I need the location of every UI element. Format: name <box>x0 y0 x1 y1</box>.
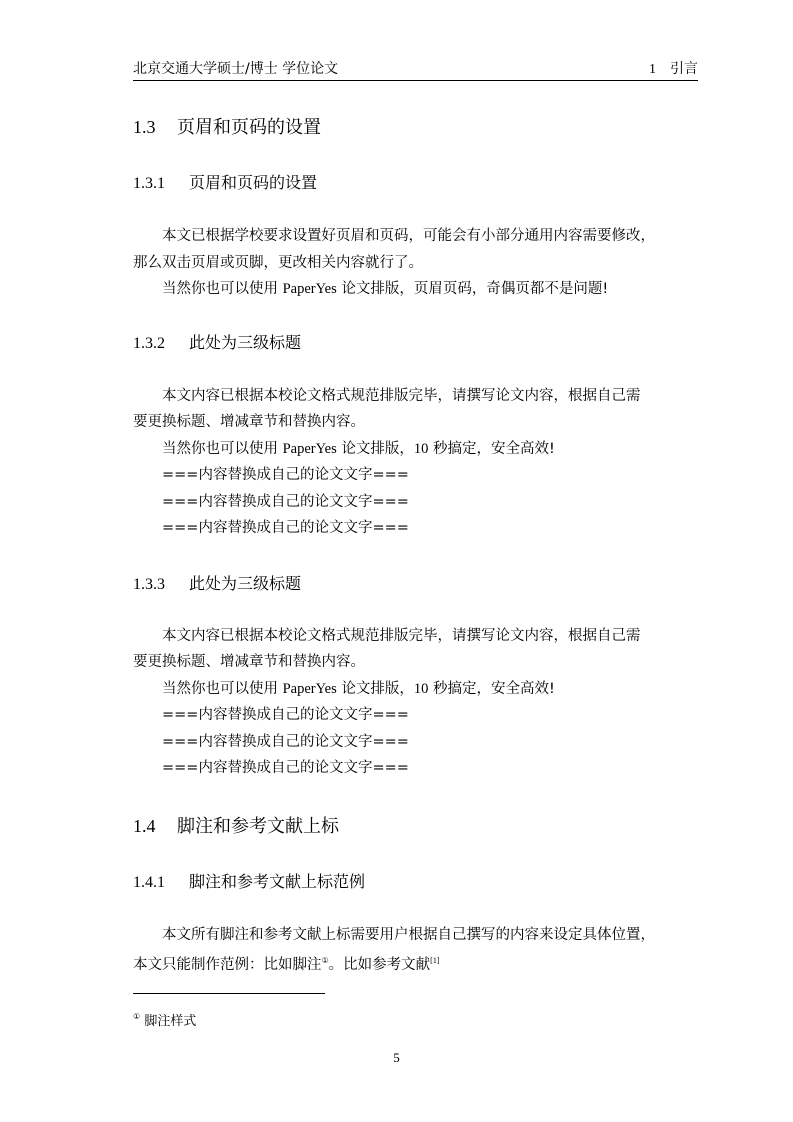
placeholder-line: ===内容替换成自己的论文文字=== <box>162 758 409 778</box>
header-chapter-title: 引言 <box>670 61 698 77</box>
heading-1-4: 1.4脚注和参考文献上标 <box>133 815 339 838</box>
footnote-text: 脚注样式 <box>144 1014 196 1029</box>
section-number: 1.3.1 <box>133 174 189 194</box>
paragraph-line: 本文所有脚注和参考文献上标需要用户根据自己撰写的内容来设定具体位置， <box>162 925 655 945</box>
footnote: ① 脚注样式 <box>133 1010 196 1029</box>
placeholder-line: ===内容替换成自己的论文文字=== <box>162 705 409 725</box>
paragraph-line: 本文内容已根据本校论文格式规范排版完毕，请撰写论文内容，根据自己需 <box>162 626 641 646</box>
heading-1-3-1: 1.3.1页眉和页码的设置 <box>133 173 317 194</box>
paragraph-line: 当然你也可以使用 PaperYes 论文排版，页眉页码，奇偶页都不是问题! <box>162 279 608 299</box>
page-number: 5 <box>0 1050 793 1066</box>
text: 论文排版， <box>337 441 414 457</box>
text: 。比如参考文献 <box>329 957 431 973</box>
paragraph-line: 本文只能制作范例：比如脚注①。比如参考文献[1] <box>133 951 440 975</box>
paragraph-line: 要更换标题、增减章节和替换内容。 <box>133 412 365 432</box>
page-header: 北京交通大学硕士/博士 学位论文 1引言 <box>133 60 698 81</box>
number: 10 <box>414 441 429 457</box>
paragraph-line: 本文内容已根据本校论文格式规范排版完毕，请撰写论文内容，根据自己需 <box>162 386 641 406</box>
section-title: 页眉和页码的设置 <box>177 117 321 138</box>
brand-name: PaperYes <box>283 681 337 697</box>
text: 论文排版，页眉页码，奇偶页都不是问题! <box>337 281 608 297</box>
section-number: 1.3 <box>133 116 177 138</box>
footnote-separator <box>133 993 325 994</box>
text: 秒搞定，安全高效! <box>428 441 554 457</box>
text: 当然你也可以使用 <box>162 281 283 297</box>
document-page: 北京交通大学硕士/博士 学位论文 1引言 1.3页眉和页码的设置 1.3.1页眉… <box>0 0 793 1122</box>
heading-1-3-3: 1.3.3此处为三级标题 <box>133 574 301 595</box>
section-number: 1.3.2 <box>133 334 189 354</box>
brand-name: PaperYes <box>283 441 337 457</box>
number: 10 <box>414 681 429 697</box>
placeholder-line: ===内容替换成自己的论文文字=== <box>162 518 409 538</box>
section-number: 1.4 <box>133 815 177 837</box>
section-number: 1.4.1 <box>133 873 189 893</box>
footnote-marker[interactable]: ① <box>322 956 329 965</box>
heading-1-4-1: 1.4.1脚注和参考文献上标范例 <box>133 872 365 893</box>
heading-1-3-2: 1.3.2此处为三级标题 <box>133 333 301 354</box>
header-chapter-number: 1 <box>649 62 656 77</box>
section-title: 脚注和参考文献上标范例 <box>189 872 365 891</box>
text: 论文排版， <box>337 681 414 697</box>
section-title: 脚注和参考文献上标 <box>177 816 339 837</box>
placeholder-line: ===内容替换成自己的论文文字=== <box>162 492 409 512</box>
header-thesis-title: 北京交通大学硕士/博士 学位论文 <box>133 60 338 78</box>
section-title: 此处为三级标题 <box>189 333 301 352</box>
text: 秒搞定，安全高效! <box>428 681 554 697</box>
section-title: 页眉和页码的设置 <box>189 173 317 192</box>
header-chapter: 1引言 <box>649 60 698 79</box>
paragraph-line: 要更换标题、增减章节和替换内容。 <box>133 652 365 672</box>
reference-marker[interactable]: [1] <box>430 956 439 965</box>
brand-name: PaperYes <box>283 281 337 297</box>
paragraph-line: 本文已根据学校要求设置好页眉和页码，可能会有小部分通用内容需要修改， <box>162 226 655 246</box>
footnote-mark: ① <box>133 1012 140 1021</box>
text: 当然你也可以使用 <box>162 441 283 457</box>
paragraph-line: 当然你也可以使用 PaperYes 论文排版，10 秒搞定，安全高效! <box>162 679 555 699</box>
text: 当然你也可以使用 <box>162 681 283 697</box>
section-number: 1.3.3 <box>133 575 189 595</box>
paragraph-line: 那么双击页眉或页脚，更改相关内容就行了。 <box>133 253 423 273</box>
placeholder-line: ===内容替换成自己的论文文字=== <box>162 732 409 752</box>
heading-1-3: 1.3页眉和页码的设置 <box>133 116 321 139</box>
section-title: 此处为三级标题 <box>189 574 301 593</box>
text: 本文只能制作范例：比如脚注 <box>133 957 322 973</box>
placeholder-line: ===内容替换成自己的论文文字=== <box>162 465 409 485</box>
paragraph-line: 当然你也可以使用 PaperYes 论文排版，10 秒搞定，安全高效! <box>162 439 555 459</box>
